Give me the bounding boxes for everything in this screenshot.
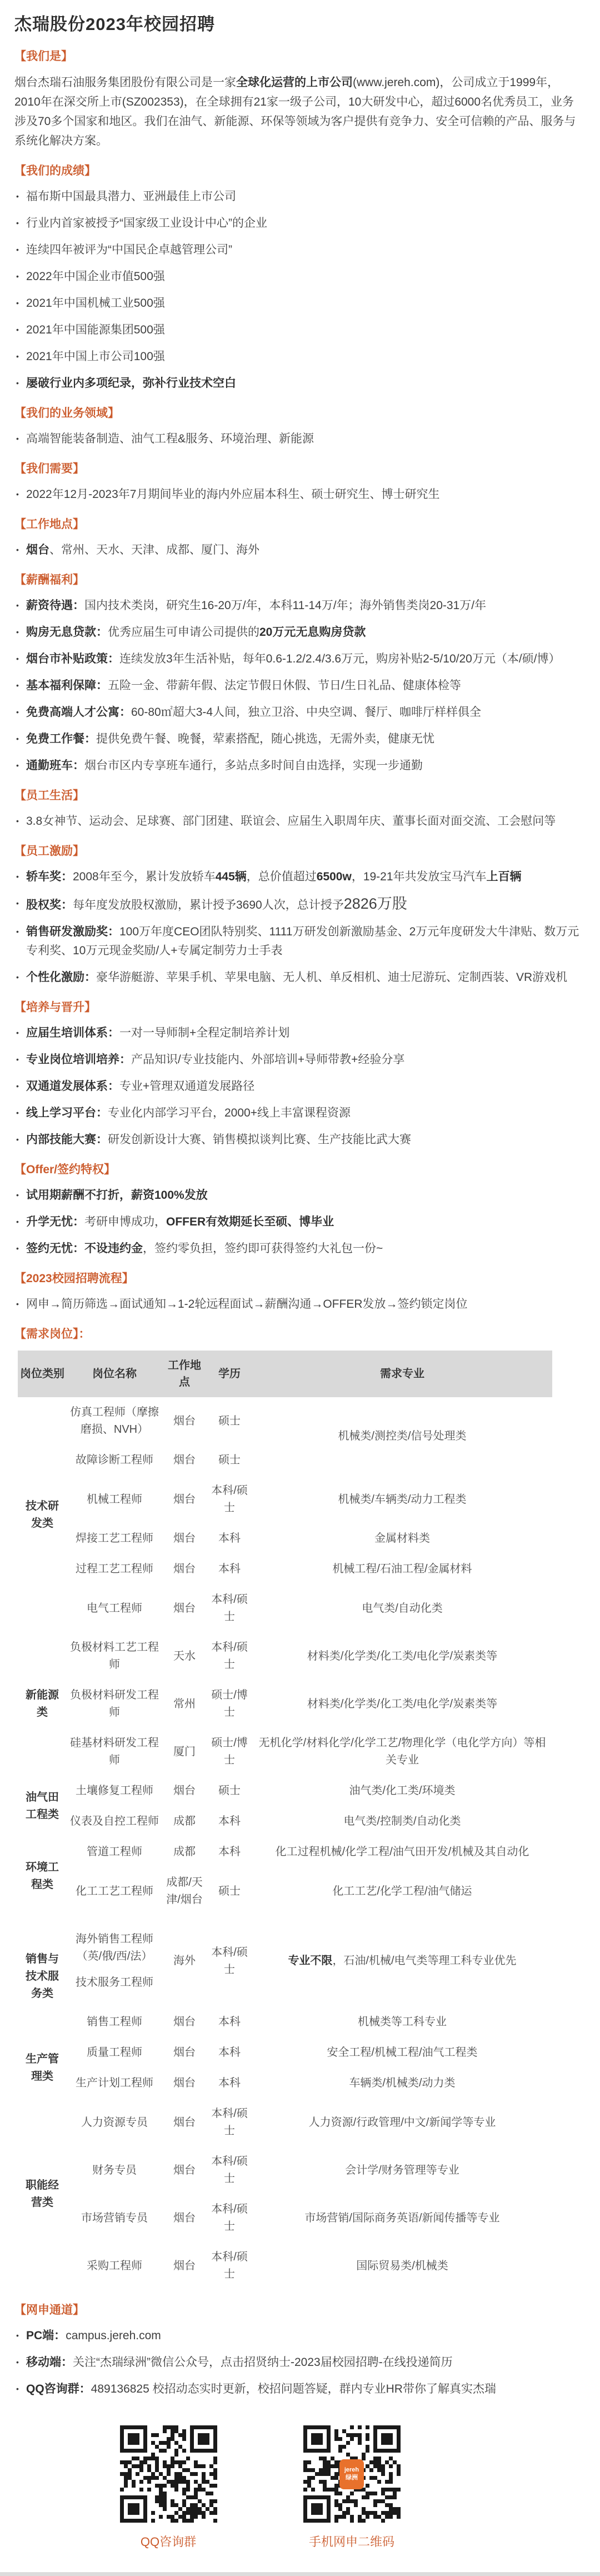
qr-label: QQ咨询群 bbox=[118, 2533, 219, 2550]
table-cell: 本科/硕士 bbox=[207, 2242, 252, 2290]
mobile-apply-qr-code: jereh绿洲 bbox=[303, 2425, 401, 2523]
table-cell: 财务专员 bbox=[67, 2146, 162, 2194]
table-cell: 管道工程师 bbox=[67, 1837, 162, 1867]
table-body: 技术研发类仿真工程师（摩擦磨损、NVH）烟台硕士机械类/测控类/信号处理类故障诊… bbox=[18, 1397, 552, 2290]
text-run: 个性化激励： bbox=[26, 971, 96, 984]
text-run: 产品知识/专业技能内、外部培训+导师带教+经验分享 bbox=[131, 1053, 404, 1066]
table-cell: 硕士 bbox=[207, 1867, 252, 1915]
bullet-item: 福布斯中国最具潜力、亚洲最佳上市公司 bbox=[14, 187, 583, 206]
table-cell: 采购工程师 bbox=[67, 2242, 162, 2290]
table-cell: 烟台 bbox=[162, 2037, 207, 2068]
section-heading: 【工作地点】 bbox=[14, 515, 583, 532]
section-heading: 【我们是】 bbox=[14, 47, 583, 64]
table-cell: 本科/硕士 bbox=[207, 2146, 252, 2194]
text-run: 销售研发激励奖： bbox=[26, 925, 119, 938]
table-header-cell: 岗位类别 bbox=[18, 1351, 67, 1397]
table-row: 油气田工程类土壤修复工程师烟台硕士油气类/化工类/环境类 bbox=[18, 1776, 552, 1806]
bullet-item: 线上学习平台：专业化内部学习平台，2000+线上丰富课程资源 bbox=[14, 1104, 583, 1123]
text-run: 购房无息贷款： bbox=[26, 626, 108, 639]
bullet-item: 2021年中国能源集团500强 bbox=[14, 321, 583, 340]
table-cell: 机械工程师 bbox=[67, 1476, 162, 1523]
table-cell: 车辆类/机械类/动力类 bbox=[252, 2068, 552, 2099]
text-run: 、常州、天水、天津、成都、厦门、海外 bbox=[49, 544, 259, 556]
bullet-item: 免费工作餐：提供免费午餐、晚餐，荤素搭配，随心挑选，无需外卖，健康无忧 bbox=[14, 730, 583, 749]
text-run: 每年度发放股权激励，累计授予3690人次，总计授予 bbox=[73, 899, 344, 911]
category-cell: 环境工程类 bbox=[18, 1837, 67, 1915]
bottom-divider bbox=[0, 2572, 600, 2576]
table-cell: 化工工艺/化学工程/油气储运 bbox=[252, 1867, 552, 1915]
table-cell: 化工过程机械/化学工程/油气田开发/机械及其自动化 bbox=[252, 1837, 552, 1867]
table-cell: 专业不限，石油/机械/电气类等理工科专业优先 bbox=[252, 1915, 552, 2007]
category-cell: 销售与技术服务类 bbox=[18, 1915, 67, 2037]
table-cell: 烟台 bbox=[162, 1554, 207, 1585]
table-cell: 硕士/博士 bbox=[207, 1728, 252, 1776]
qr-label: 手机网申二维码 bbox=[301, 2533, 402, 2550]
table-cell: 仿真工程师（摩擦磨损、NVH） bbox=[67, 1397, 162, 1445]
recruitment-document: 杰瑞股份2023年校园招聘 【我们是】烟台杰瑞石油服务集团股份有限公司是一家全球… bbox=[0, 0, 600, 2550]
text-run: 烟台市补贴政策： bbox=[26, 652, 119, 665]
table-cell: 本科/硕士 bbox=[207, 2194, 252, 2242]
text-run: 60-80㎡超大3-4人间，独立卫浴、中央空调、餐厅、咖啡厅样样俱全 bbox=[131, 706, 481, 719]
bullet-item: 免费高端人才公寓：60-80㎡超大3-4人间，独立卫浴、中央空调、餐厅、咖啡厅样… bbox=[14, 703, 583, 722]
table-row: 化工工艺工程师成都/天津/烟台硕士化工工艺/化学工程/油气储运 bbox=[18, 1867, 552, 1915]
table-cell: 销售工程师 bbox=[67, 2007, 162, 2037]
bullet-item: 销售研发激励奖：100万年度CEO团队特别奖、1111万研发创新激励基金、2万元… bbox=[14, 923, 583, 960]
text-run: 移动端： bbox=[26, 2356, 73, 2369]
qq-group-qr-code bbox=[120, 2425, 217, 2523]
bullet-item: 双通道发展体系：专业+管理双通道发展路径 bbox=[14, 1077, 583, 1096]
text-run: 489136825 校招动态实时更新，校招问题答疑，群内专业HR带你了解真实杰瑞 bbox=[91, 2383, 496, 2395]
table-cell: 海外 bbox=[162, 1915, 207, 2007]
bullet-item: 个性化激励：豪华游艇游、苹果手机、苹果电脑、无人机、单反相机、迪士尼游玩、定制西… bbox=[14, 968, 583, 987]
table-header-row: 岗位类别岗位名称工作地点学历需求专业 bbox=[18, 1351, 552, 1397]
text-run: 2021年中国机械工业500强 bbox=[26, 297, 165, 310]
section-heading: 【员工激励】 bbox=[14, 842, 583, 859]
text-run: 连续发放3年生活补贴，每年0.6-1.2/2.4/3.6万元，购房补贴2-5/1… bbox=[119, 652, 561, 665]
table-cell: 仪表及自控工程师 bbox=[67, 1806, 162, 1837]
table-cell: 机械类/测控类/信号处理类 bbox=[252, 1397, 552, 1476]
table-cell: 材料类/化学类/化工类/电化学/炭素类等 bbox=[252, 1680, 552, 1728]
text-run: 免费工作餐： bbox=[26, 733, 96, 745]
bullet-item: 高端智能装备制造、油气工程&服务、环境治理、新能源 bbox=[14, 430, 583, 449]
text-run: OFFER有效期延长至硕、博毕业 bbox=[166, 1215, 334, 1228]
table-cell: 成都 bbox=[162, 1837, 207, 1867]
bullet-item: 购房无息贷款：优秀应届生可申请公司提供的20万元无息购房贷款 bbox=[14, 623, 583, 642]
paragraph: 烟台杰瑞石油服务集团股份有限公司是一家全球化运营的上市公司(www.jereh.… bbox=[14, 73, 583, 151]
qr-box-qq-group: QQ咨询群 bbox=[118, 2425, 219, 2550]
table-cell: 本科 bbox=[207, 1523, 252, 1554]
table-cell: 厦门 bbox=[162, 1728, 207, 1776]
section-heading: 【薪酬福利】 bbox=[14, 571, 583, 587]
table-cell: 烟台 bbox=[162, 1397, 207, 1445]
section-heading: 【Offer/签约特权】 bbox=[14, 1160, 583, 1177]
section-heading: 【网申通道】 bbox=[14, 2301, 583, 2318]
text-run: PC端： bbox=[26, 2329, 66, 2342]
category-cell: 新能源类 bbox=[18, 1632, 67, 1776]
table-cell: 成都 bbox=[162, 1806, 207, 1837]
stacked-line: 技术服务工程师 bbox=[70, 1974, 159, 1991]
text-run: 6500w bbox=[317, 870, 352, 883]
section-heading: 【2023校园招聘流程】 bbox=[14, 1269, 583, 1286]
table-cell: 材料类/化学类/化工类/电化学/炭素类等 bbox=[252, 1632, 552, 1680]
text-run: 行业内首家被授予“国家级工业设计中心”的企业 bbox=[26, 217, 267, 230]
table-cell: 烟台 bbox=[162, 2068, 207, 2099]
text-run: 关注“杰瑞绿洲”微信公众号，点击招贤纳士-2023届校园招聘-在线投递简历 bbox=[73, 2356, 453, 2369]
table-cell: 烟台 bbox=[162, 1523, 207, 1554]
table-cell: 本科/硕士 bbox=[207, 1915, 252, 2007]
text-run: 升学无忧： bbox=[26, 1215, 84, 1228]
table-cell: 电气工程师 bbox=[67, 1585, 162, 1632]
positions-table: 岗位类别岗位名称工作地点学历需求专业技术研发类仿真工程师（摩擦磨损、NVH）烟台… bbox=[18, 1351, 552, 2290]
table-cell: 本科 bbox=[207, 2037, 252, 2068]
table-row: 生产计划工程师烟台本科车辆类/机械类/动力类 bbox=[18, 2068, 552, 2099]
bullet-item: 移动端：关注“杰瑞绿洲”微信公众号，点击招贤纳士-2023届校园招聘-在线投递简… bbox=[14, 2353, 583, 2372]
table-cell: 金属材料类 bbox=[252, 1523, 552, 1554]
bullet-item: 薪资待遇：国内技术类岗，研究生16-20万/年，本科11-14万/年；海外销售类… bbox=[14, 596, 583, 615]
stacked-line: 海外销售工程师（英/俄/西/法） bbox=[70, 1931, 159, 1965]
table-cell: 烟台 bbox=[162, 1776, 207, 1806]
text-run: 研发创新设计大赛、销售模拟谈判比赛、生产技能比武大赛 bbox=[108, 1133, 411, 1146]
text-run: 高端智能装备制造、油气工程&服务、环境治理、新能源 bbox=[26, 432, 314, 445]
table-row: 过程工艺工程师烟台本科机械工程/石油工程/金属材料 bbox=[18, 1554, 552, 1585]
table-header-cell: 学历 bbox=[207, 1351, 252, 1397]
table-row: 财务专员烟台本科/硕士会计学/财务管理等专业 bbox=[18, 2146, 552, 2194]
bullet-item: 轿车奖：2008年至今，累计发放轿车445辆，总价值超过6500w，19-21年… bbox=[14, 868, 583, 886]
table-cell: 机械工程/石油工程/金属材料 bbox=[252, 1554, 552, 1585]
text-run: 提供免费午餐、晚餐，荤素搭配，随心挑选，无需外卖，健康无忧 bbox=[96, 733, 434, 745]
table-cell: 烟台 bbox=[162, 1476, 207, 1523]
text-run: 专业岗位培训培养： bbox=[26, 1053, 131, 1066]
table-cell: 会计学/财务管理等专业 bbox=[252, 2146, 552, 2194]
bullet-item: 行业内首家被授予“国家级工业设计中心”的企业 bbox=[14, 214, 583, 233]
bullet-item: 通勤班车：烟台市区内专享班车通行，多站点多时间自由选择，实现一步通勤 bbox=[14, 756, 583, 775]
table-cell: 化工工艺工程师 bbox=[67, 1867, 162, 1915]
bullet-item: 烟台市补贴政策：连续发放3年生活补贴，每年0.6-1.2/2.4/3.6万元，购… bbox=[14, 650, 583, 669]
text-run: 2021年中国上市公司100强 bbox=[26, 350, 165, 363]
bullet-item: 2022年12月-2023年7月期间毕业的海内外应届本科生、硕士研究生、博士研究… bbox=[14, 485, 583, 504]
text-run: 签约无忧： bbox=[26, 1242, 84, 1255]
bullet-item: 应届生培训体系：一对一导师制+全程定制培养计划 bbox=[14, 1024, 583, 1043]
table-row: 新能源类负极材料工艺工程师天水本科/硕士材料类/化学类/化工类/电化学/炭素类等 bbox=[18, 1632, 552, 1680]
text-run: 一对一导师制+全程定制培养计划 bbox=[119, 1027, 289, 1039]
text-run: 网申→简历筛选→面试通知→1-2轮远程面试→薪酬沟通→OFFER发放→签约锁定岗… bbox=[26, 1298, 468, 1311]
table-cell: 天水 bbox=[162, 1632, 207, 1680]
text-run: 3.8女神节、运动会、足球赛、部门团建、联谊会、应届生入职周年庆、董事长面对面交… bbox=[26, 815, 556, 828]
text-run: 内部技能大赛： bbox=[26, 1133, 108, 1146]
table-cell: 烟台 bbox=[162, 2099, 207, 2146]
text-run: 五险一金、带薪年假、法定节假日休假、节日/生日礼品、健康体检等 bbox=[108, 679, 461, 692]
table-cell: 机械类等工科专业 bbox=[252, 2007, 552, 2037]
text-run: 双通道发展体系： bbox=[26, 1080, 119, 1093]
table-cell: 安全工程/机械工程/油气工程类 bbox=[252, 2037, 552, 2068]
text-run: 2826万股 bbox=[344, 895, 407, 912]
table-cell: 本科 bbox=[207, 1806, 252, 1837]
table-row: 职能经营类人力资源专员烟台本科/硕士人力资源/行政管理/中文/新闻学等专业 bbox=[18, 2099, 552, 2146]
table-row: 焊接工艺工程师烟台本科金属材料类 bbox=[18, 1523, 552, 1554]
section-heading: 【培养与晋升】 bbox=[14, 998, 583, 1015]
bullet-item: 签约无忧：不设违约金，签约零负担，签约即可获得签约大礼包一份~ bbox=[14, 1239, 583, 1258]
bullet-item: 2021年中国机械工业500强 bbox=[14, 294, 583, 313]
table-cell: 故障诊断工程师 bbox=[67, 1445, 162, 1476]
table-row: 硅基材料研发工程师厦门硕士/博士无机化学/材料化学/化学工艺/物理化学（电化学方… bbox=[18, 1728, 552, 1776]
table-cell: 硅基材料研发工程师 bbox=[67, 1728, 162, 1776]
table-row: 生产管理类质量工程师烟台本科安全工程/机械工程/油气工程类 bbox=[18, 2037, 552, 2068]
text-run: 专业+管理双通道发展路径 bbox=[119, 1080, 254, 1093]
table-cell: 人力资源专员 bbox=[67, 2099, 162, 2146]
text-run: 445辆 bbox=[216, 870, 247, 883]
table-cell: 硕士 bbox=[207, 1445, 252, 1476]
text-run: 应届生培训体系： bbox=[26, 1027, 119, 1039]
bullet-item: 试用期薪酬不打折，薪资100%发放 bbox=[14, 1186, 583, 1205]
table-row: 仪表及自控工程师成都本科电气类/控制类/自动化类 bbox=[18, 1806, 552, 1837]
table-cell: 过程工艺工程师 bbox=[67, 1554, 162, 1585]
table-cell: 土壤修复工程师 bbox=[67, 1776, 162, 1806]
text-run: 2022年中国企业市值500强 bbox=[26, 270, 165, 283]
text-run: 考研申博成功， bbox=[84, 1215, 166, 1228]
table-cell: 烟台 bbox=[162, 2146, 207, 2194]
table-row: 采购工程师烟台本科/硕士国际贸易类/机械类 bbox=[18, 2242, 552, 2290]
table-cell: 本科 bbox=[207, 1837, 252, 1867]
table-cell: 本科/硕士 bbox=[207, 1476, 252, 1523]
text-run: 线上学习平台： bbox=[26, 1107, 108, 1119]
text-run: 上百辆 bbox=[487, 870, 522, 883]
text-run: 烟台市区内专享班车通行，多站点多时间自由选择，实现一步通勤 bbox=[84, 759, 423, 772]
bullet-item: 屡破行业内多项纪录，弥补行业技术空白 bbox=[14, 374, 583, 393]
table-cell: 烟台 bbox=[162, 2007, 207, 2037]
text-run: 薪资待遇： bbox=[26, 599, 84, 612]
table-cell: 本科/硕士 bbox=[207, 1585, 252, 1632]
table-cell: 质量工程师 bbox=[67, 2037, 162, 2068]
bullet-item: 网申→简历筛选→面试通知→1-2轮远程面试→薪酬沟通→OFFER发放→签约锁定岗… bbox=[14, 1295, 583, 1314]
table-cell: 负极材料研发工程师 bbox=[67, 1680, 162, 1728]
table-cell: 成都/天津/烟台 bbox=[162, 1867, 207, 1915]
table-cell: 电气类/控制类/自动化类 bbox=[252, 1806, 552, 1837]
table-cell: 本科/硕士 bbox=[207, 2099, 252, 2146]
table-head: 岗位类别岗位名称工作地点学历需求专业 bbox=[18, 1351, 552, 1397]
text-run: 福布斯中国最具潜力、亚洲最佳上市公司 bbox=[26, 190, 236, 203]
section-heading: 【员工生活】 bbox=[14, 786, 583, 803]
table-cell: 无机化学/材料化学/化学工艺/物理化学（电化学方向）等相关专业 bbox=[252, 1728, 552, 1776]
table-cell: 硕士 bbox=[207, 1776, 252, 1806]
text-run: 2022年12月-2023年7月期间毕业的海内外应届本科生、硕士研究生、博士研究… bbox=[26, 488, 439, 501]
bullet-item: 烟台、常州、天水、天津、成都、厦门、海外 bbox=[14, 541, 583, 560]
page-title: 杰瑞股份2023年校园招聘 bbox=[14, 10, 583, 35]
bullet-item: PC端：campus.jereh.com bbox=[14, 2326, 583, 2345]
text-run: ，签约零负担，签约即可获得签约大礼包一份~ bbox=[143, 1242, 383, 1255]
text-run: 不设违约金 bbox=[84, 1242, 143, 1255]
text-run: 基本福利保障： bbox=[26, 679, 108, 692]
bullet-item: 3.8女神节、运动会、足球赛、部门团建、联谊会、应届生入职周年庆、董事长面对面交… bbox=[14, 812, 583, 831]
table-cell: 本科/硕士 bbox=[207, 1632, 252, 1680]
bullet-item: QQ咨询群：489136825 校招动态实时更新，校招问题答疑，群内专业HR带你… bbox=[14, 2380, 583, 2399]
bullet-item: 2021年中国上市公司100强 bbox=[14, 347, 583, 366]
text-run: 专业不限 bbox=[288, 1955, 332, 1967]
table-row: 市场营销专员烟台本科/硕士市场营销/国际商务英语/新闻传播等专业 bbox=[18, 2194, 552, 2242]
section-heading: 【需求岗位】： bbox=[14, 1325, 583, 1342]
text-run: ，石油/机械/电气类等理工科专业优先 bbox=[332, 1955, 516, 1967]
table-cell: 国际贸易类/机械类 bbox=[252, 2242, 552, 2290]
text-run: 优秀应届生可申请公司提供的 bbox=[108, 626, 259, 639]
text-run: 2021年中国能源集团500强 bbox=[26, 323, 165, 336]
jereh-logo-text: jereh bbox=[344, 2467, 359, 2474]
table-row: 销售与技术服务类海外销售工程师（英/俄/西/法）技术服务工程师海外本科/硕士专业… bbox=[18, 1915, 552, 2007]
text-run: 国内技术类岗，研究生16-20万/年，本科11-14万/年；海外销售类岗20-3… bbox=[84, 599, 486, 612]
table-row: 电气工程师烟台本科/硕士电气类/自动化类 bbox=[18, 1585, 552, 1632]
text-run: 2008年至今，累计发放轿车 bbox=[73, 870, 216, 883]
section-heading: 【我们的成绩】 bbox=[14, 162, 583, 178]
table-row: 负极材料研发工程师常州硕士/博士材料类/化学类/化工类/电化学/炭素类等 bbox=[18, 1680, 552, 1728]
qr-box-mobile-apply: jereh绿洲手机网申二维码 bbox=[301, 2425, 402, 2550]
table-cell: 人力资源/行政管理/中文/新闻学等专业 bbox=[252, 2099, 552, 2146]
section-heading: 【我们的业务领域】 bbox=[14, 404, 583, 421]
jereh-logo-text: 绿洲 bbox=[346, 2474, 358, 2482]
qr-pattern bbox=[120, 2425, 217, 2523]
table-cell: 烟台 bbox=[162, 2242, 207, 2290]
category-cell: 生产管理类 bbox=[18, 2037, 67, 2099]
text-run: 烟台杰瑞石油服务集团股份有限公司是一家 bbox=[14, 76, 236, 89]
text-run: QQ咨询群： bbox=[26, 2383, 91, 2395]
text-run: 连续四年被评为“中国民企卓越管理公司” bbox=[26, 243, 232, 256]
text-run: 试用期薪酬不打折，薪资100%发放 bbox=[26, 1189, 208, 1202]
text-run: ，总价值超过 bbox=[247, 870, 317, 883]
section-heading: 【我们需要】 bbox=[14, 460, 583, 476]
table-cell: 本科 bbox=[207, 1554, 252, 1585]
bullet-item: 基本福利保障：五险一金、带薪年假、法定节假日休假、节日/生日礼品、健康体检等 bbox=[14, 676, 583, 695]
table-row: 销售工程师烟台本科机械类等工科专业 bbox=[18, 2007, 552, 2037]
category-cell: 职能经营类 bbox=[18, 2099, 67, 2290]
table-cell: 市场营销/国际商务英语/新闻传播等专业 bbox=[252, 2194, 552, 2242]
document-sections: 【我们是】烟台杰瑞石油服务集团股份有限公司是一家全球化运营的上市公司(www.j… bbox=[14, 47, 583, 2399]
bullet-item: 股权奖：每年度发放股权激励，累计授予3690人次，总计授予2826万股 bbox=[14, 894, 583, 915]
text-run: 专业化内部学习平台，2000+线上丰富课程资源 bbox=[108, 1107, 351, 1119]
text-run: 轿车奖： bbox=[26, 870, 73, 883]
jereh-logo: jereh绿洲 bbox=[339, 2459, 364, 2489]
category-cell: 油气田工程类 bbox=[18, 1776, 67, 1837]
table-cell: 本科 bbox=[207, 2068, 252, 2099]
text-run: 通勤班车： bbox=[26, 759, 84, 772]
bullet-item: 升学无忧：考研申博成功，OFFER有效期延长至硕、博毕业 bbox=[14, 1213, 583, 1232]
table-row: 环境工程类管道工程师成都本科化工过程机械/化学工程/油气田开发/机械及其自动化 bbox=[18, 1837, 552, 1867]
table-cell: 硕士 bbox=[207, 1397, 252, 1445]
table-cell: 烟台 bbox=[162, 1585, 207, 1632]
table-cell: 油气类/化工类/环境类 bbox=[252, 1776, 552, 1806]
table-cell: 海外销售工程师（英/俄/西/法）技术服务工程师 bbox=[67, 1915, 162, 2007]
bullet-item: 内部技能大赛：研发创新设计大赛、销售模拟谈判比赛、生产技能比武大赛 bbox=[14, 1130, 583, 1149]
text-run: 免费高端人才公寓： bbox=[26, 706, 131, 719]
bullet-item: 2022年中国企业市值500强 bbox=[14, 267, 583, 286]
text-run: 20万元无息购房贷款 bbox=[259, 626, 366, 639]
text-run: 烟台 bbox=[26, 544, 49, 556]
text-run: 全球化运营的上市公司 bbox=[236, 76, 353, 89]
table-row: 技术研发类仿真工程师（摩擦磨损、NVH）烟台硕士机械类/测控类/信号处理类 bbox=[18, 1397, 552, 1445]
table-row: 机械工程师烟台本科/硕士机械类/车辆类/动力工程类 bbox=[18, 1476, 552, 1523]
qr-code-row: QQ咨询群jereh绿洲手机网申二维码 bbox=[14, 2425, 583, 2550]
table-cell: 电气类/自动化类 bbox=[252, 1585, 552, 1632]
bullet-item: 专业岗位培训培养：产品知识/专业技能内、外部培训+导师带教+经验分享 bbox=[14, 1050, 583, 1069]
text-run: ，19-21年共发放宝马汽车 bbox=[352, 870, 487, 883]
table-cell: 本科 bbox=[207, 2007, 252, 2037]
table-cell: 生产计划工程师 bbox=[67, 2068, 162, 2099]
category-cell: 技术研发类 bbox=[18, 1397, 67, 1632]
bullet-item: 连续四年被评为“中国民企卓越管理公司” bbox=[14, 241, 583, 260]
table-header-cell: 需求专业 bbox=[252, 1351, 552, 1397]
table-cell: 负极材料工艺工程师 bbox=[67, 1632, 162, 1680]
text-run: campus.jereh.com bbox=[66, 2329, 161, 2342]
table-cell: 硕士/博士 bbox=[207, 1680, 252, 1728]
table-cell: 焊接工艺工程师 bbox=[67, 1523, 162, 1554]
table-cell: 常州 bbox=[162, 1680, 207, 1728]
table-header-cell: 工作地点 bbox=[162, 1351, 207, 1397]
table-cell: 烟台 bbox=[162, 1445, 207, 1476]
text-run: 股权奖： bbox=[26, 899, 73, 911]
table-cell: 机械类/车辆类/动力工程类 bbox=[252, 1476, 552, 1523]
text-run: 屡破行业内多项纪录，弥补行业技术空白 bbox=[26, 377, 236, 390]
text-run: 豪华游艇游、苹果手机、苹果电脑、无人机、单反相机、迪士尼游玩、定制西装、VR游戏… bbox=[96, 971, 567, 984]
table-cell: 市场营销专员 bbox=[67, 2194, 162, 2242]
table-cell: 烟台 bbox=[162, 2194, 207, 2242]
table-header-cell: 岗位名称 bbox=[67, 1351, 162, 1397]
